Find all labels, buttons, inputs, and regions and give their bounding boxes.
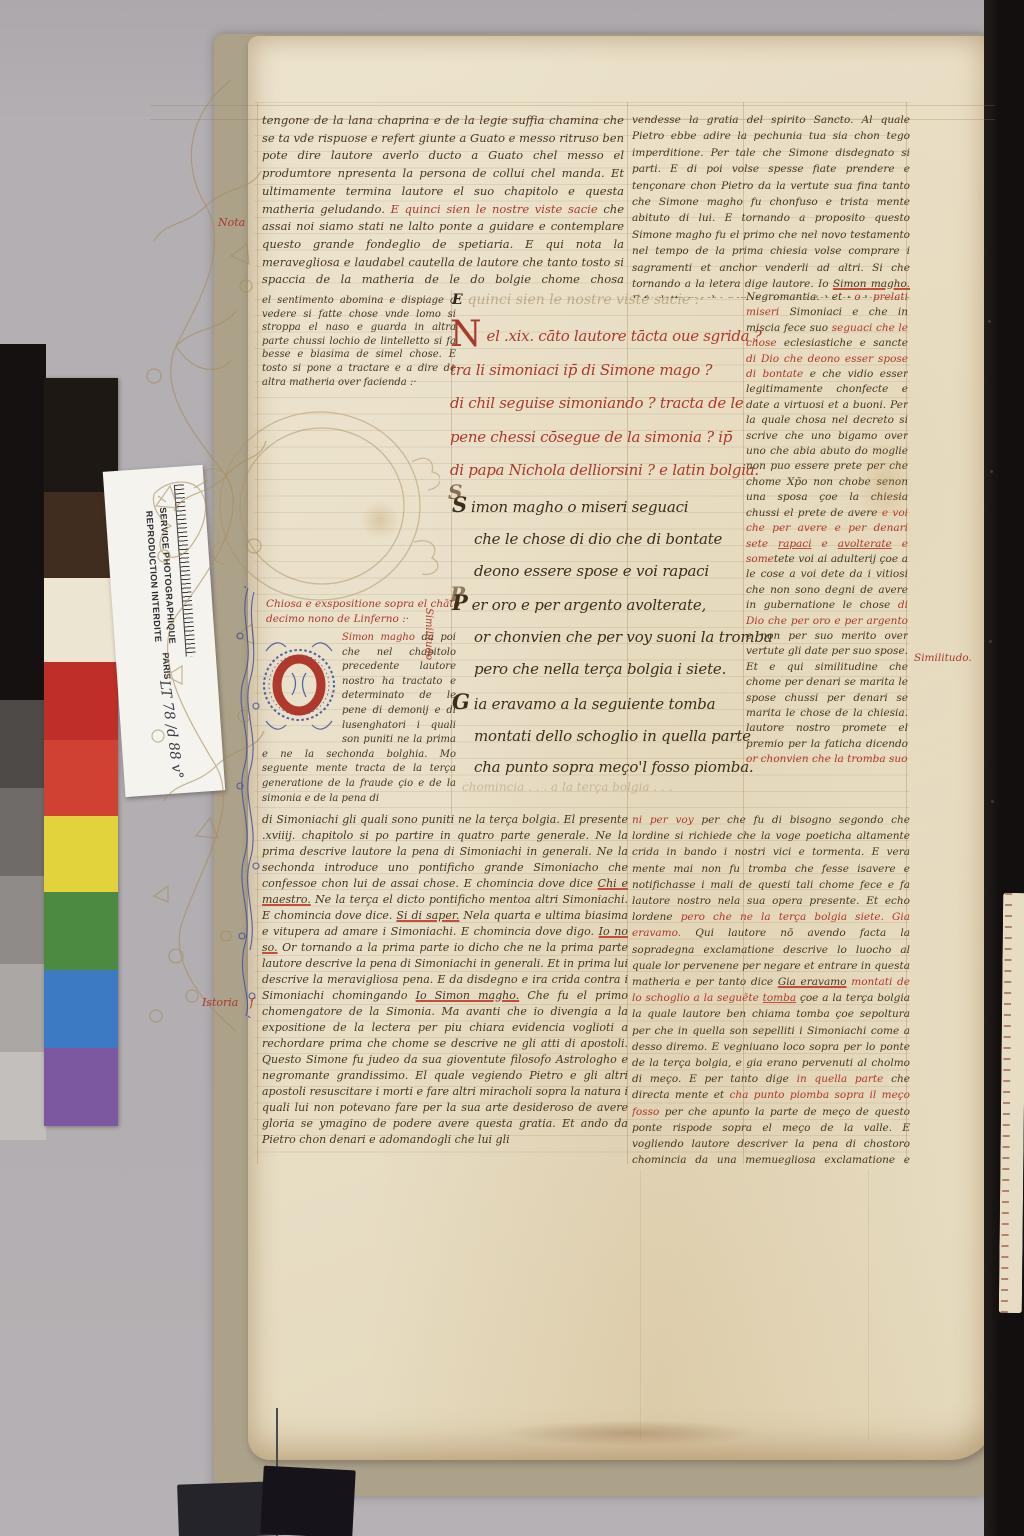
- rubric-initial-N: N: [450, 320, 482, 350]
- show-through-initial: P: [450, 582, 465, 606]
- color-patch-blue: [44, 970, 118, 1048]
- gray-step: [0, 1052, 46, 1140]
- grayscale-wedge: [0, 344, 46, 1140]
- book-clamp-dark: [260, 1466, 355, 1536]
- color-patch-red: [44, 662, 118, 740]
- rubric-lines: el .xix. cāto lautore tācta oue sgrida ?…: [450, 320, 750, 488]
- color-patch-vermilion: [44, 740, 118, 816]
- color-patch-green: [44, 892, 118, 970]
- photograph-of-manuscript: SERVICE PHOTOGRAPHIQUE REPRODUCTION INTE…: [0, 0, 1024, 1536]
- fold-line: [640, 1170, 641, 1440]
- text-column-top-left: tengone de la lana chaprina e de la legi…: [262, 112, 624, 292]
- next-folio-edge: [999, 893, 1024, 1313]
- decorated-initial-O: [262, 633, 336, 737]
- text-column-mid-left: el sentimento abomina e dispiage a veder…: [262, 294, 456, 404]
- color-patch-white: [44, 578, 118, 662]
- text-column-right: Negromantia. et o prelati miseri Simonia…: [746, 290, 908, 814]
- marginal-note-istoria: Istoria ſ: [202, 996, 254, 1009]
- stain: [855, 440, 915, 530]
- stain: [500, 1420, 760, 1446]
- faded-catchline: E quinci sien le nostre viste sacie :·: [452, 292, 744, 308]
- gray-step: [0, 344, 46, 700]
- sewing-dot: [989, 640, 992, 643]
- sketched-initial-outline: [200, 402, 440, 617]
- sewing-dot: [990, 470, 993, 473]
- ruling-horizontal: [150, 105, 995, 106]
- sewing-dot: [991, 800, 994, 803]
- color-patch-yellow: [44, 816, 118, 892]
- blue-penwork-flourish: [228, 586, 264, 1018]
- gray-step: [0, 876, 46, 964]
- stain: [360, 500, 400, 540]
- show-through-initial: S: [448, 480, 462, 504]
- text-column-bottom-left: di Simoniachi gli quali sono puniti ne l…: [262, 812, 628, 1166]
- marginal-note-nota: Nota: [218, 216, 245, 229]
- dante-verse-block: Simon magho o miseri seguaciche le chose…: [452, 489, 752, 784]
- marginal-note-similitudo: Similitudo.: [914, 652, 972, 664]
- gray-step: [0, 700, 46, 788]
- erased-line: chomincia . . . a la terça bolgia . . .: [462, 780, 742, 794]
- text-column-bottom-right: ni per voy per che fu di bisogno segondo…: [632, 812, 910, 1166]
- marginal-note-similitudo-vertical: Similitudo: [423, 608, 434, 660]
- gray-step: [0, 964, 46, 1052]
- sewing-dot: [988, 320, 991, 323]
- text-column-top-right: vendesse la gratia del spirito Sancto. A…: [632, 112, 910, 298]
- fold-line: [868, 1170, 869, 1440]
- gray-step: [0, 788, 46, 876]
- color-patch-purple: [44, 1048, 118, 1126]
- canto-rubric: N el .xix. cāto lautore tācta oue sgrida…: [450, 320, 750, 488]
